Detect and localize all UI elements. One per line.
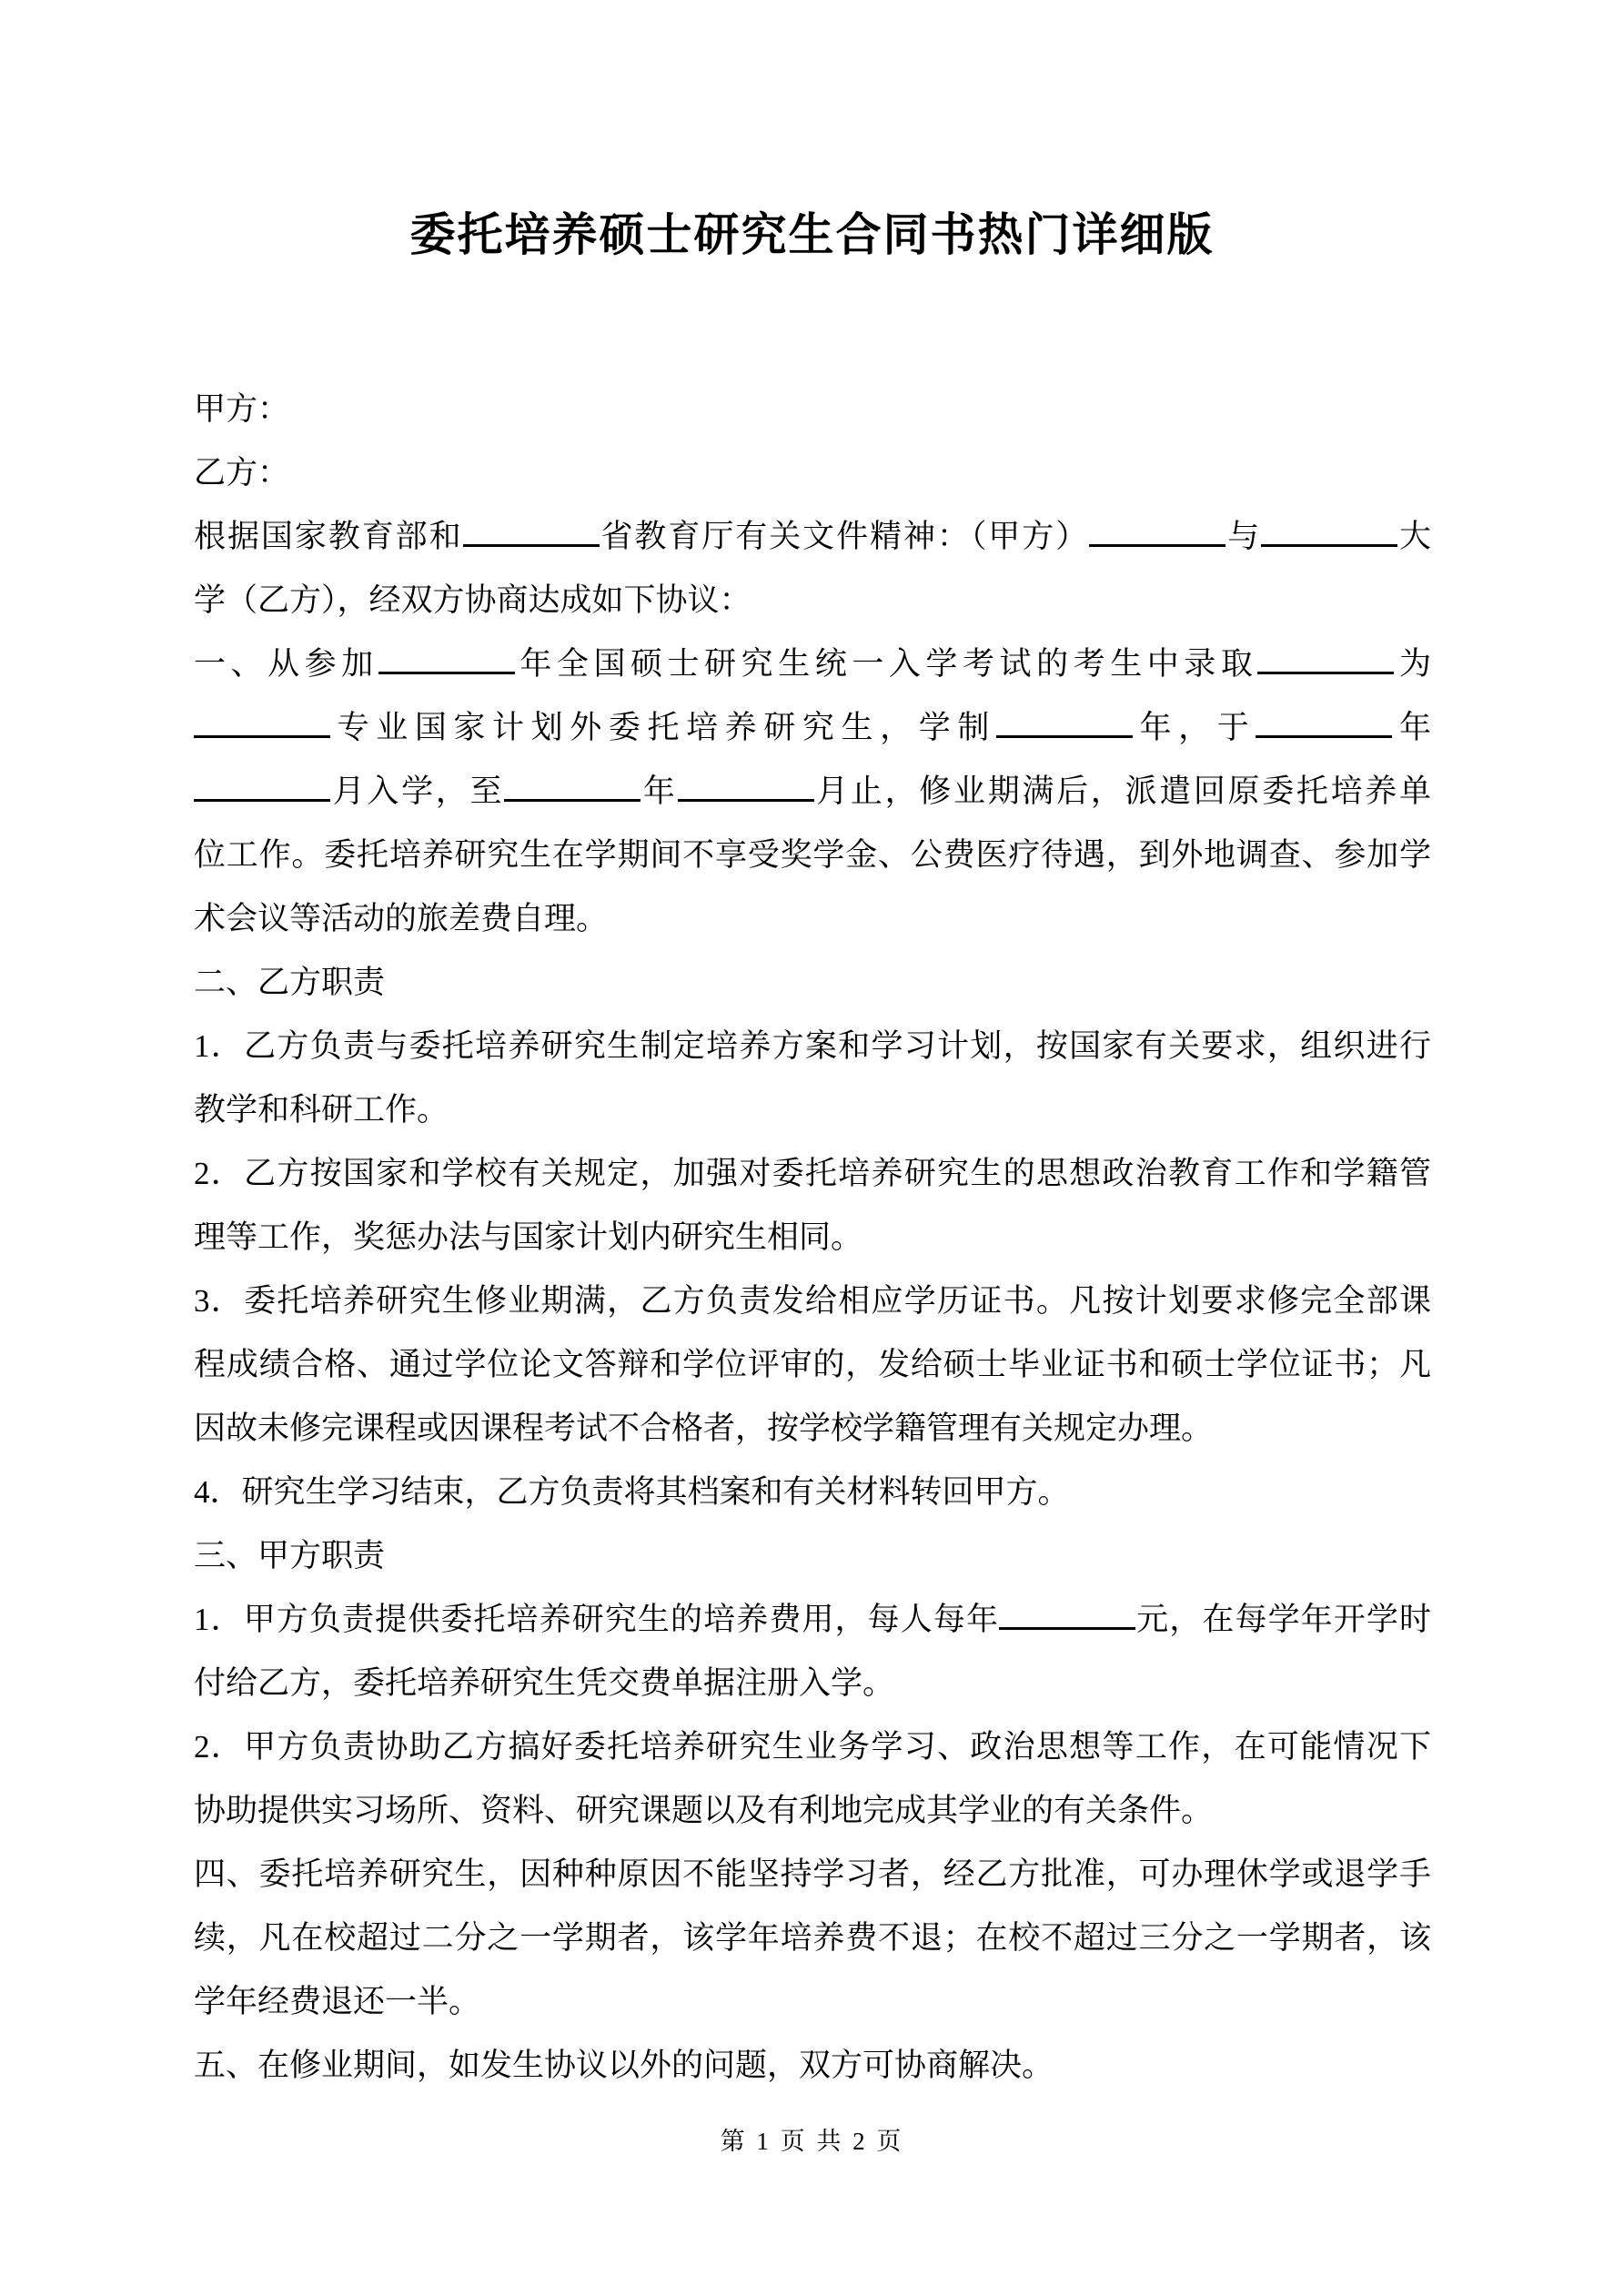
text-line: 五、在修业期间，如发生协议以外的问题，双方可协商解决。 bbox=[194, 2034, 1431, 2098]
text-line: 学（乙方），经双方协商达成如下协议： bbox=[194, 569, 1431, 632]
fill-in-blank-underline bbox=[1256, 728, 1392, 738]
text-segment: 月入学，至 bbox=[330, 774, 504, 809]
text-line: 2．甲方负责协助乙方搞好委托培养研究生业务学习、政治思想等工作，在可能情况下 bbox=[194, 1715, 1431, 1779]
text-line: 根据国家教育部和省教育厅有关文件精神：（甲方）与大 bbox=[194, 505, 1431, 569]
text-line: 2．乙方按国家和学校有关规定，加强对委托培养研究生的思想政治教育工作和学籍管 bbox=[194, 1142, 1431, 1206]
text-segment: 学（乙方），经双方协商达成如下协议： bbox=[194, 582, 751, 618]
document-title: 委托培养硕士研究生合同书热门详细版 bbox=[0, 200, 1624, 269]
text-segment: 续，凡在校超过二分之一学期者，该学年培养费不退；在校不超过三分之一学期者，该 bbox=[194, 1920, 1431, 1956]
text-segment: 位工作。委托培养研究生在学期间不享受奖学金、公费医疗待遇，到外地调查、参加学 bbox=[194, 837, 1431, 873]
fill-in-blank-underline bbox=[1089, 537, 1226, 547]
fill-in-blank-underline bbox=[194, 728, 330, 738]
text-segment: 三、甲方职责 bbox=[194, 1538, 385, 1573]
text-segment: 年 bbox=[1392, 710, 1431, 745]
text-line: 三、甲方职责 bbox=[194, 1524, 1431, 1588]
text-segment: 甲方： bbox=[194, 391, 289, 427]
text-segment: 月止，修业期满后，派遣回原委托培养单 bbox=[814, 774, 1431, 809]
text-line: 术会议等活动的旅差费自理。 bbox=[194, 887, 1431, 951]
text-segment: 1．甲方负责提供委托培养研究生的培养费用，每人每年 bbox=[194, 1602, 999, 1637]
text-line: 位工作。委托培养研究生在学期间不享受奖学金、公费医疗待遇，到外地调查、参加学 bbox=[194, 824, 1431, 887]
text-segment: 一、从参加 bbox=[194, 646, 378, 682]
fill-in-blank-underline bbox=[1261, 537, 1397, 547]
text-line: 付给乙方，委托培养研究生凭交费单据注册入学。 bbox=[194, 1652, 1431, 1715]
text-line: 月入学，至年月止，修业期满后，派遣回原委托培养单 bbox=[194, 760, 1431, 824]
text-segment: 四、委托培养研究生，因种种原因不能坚持学习者，经乙方批准，可办理休学或退学手 bbox=[194, 1856, 1431, 1892]
text-segment: 年 bbox=[641, 774, 677, 809]
fill-in-blank-underline bbox=[678, 792, 814, 802]
text-segment: 省教育厅有关文件精神：（甲方） bbox=[600, 519, 1090, 554]
text-line: 教学和科研工作。 bbox=[194, 1078, 1431, 1142]
text-segment: 教学和科研工作。 bbox=[194, 1092, 449, 1128]
text-segment: 二、乙方职责 bbox=[194, 965, 385, 1000]
text-segment: 1．乙方负责与委托培养研究生制定培养方案和学习计划，按国家有关要求，组织进行 bbox=[194, 1028, 1431, 1064]
text-segment: 4．研究生学习结束，乙方负责将其档案和有关材料转回甲方。 bbox=[194, 1474, 1070, 1510]
text-segment: 五、在修业期间，如发生协议以外的问题，双方可协商解决。 bbox=[194, 2048, 1054, 2083]
text-line: 甲方： bbox=[194, 378, 1431, 441]
text-segment: 元，在每学年开学时 bbox=[1135, 1602, 1431, 1637]
text-segment: 学年经费退还一半。 bbox=[194, 1984, 480, 2019]
text-line: 二、乙方职责 bbox=[194, 951, 1431, 1015]
fill-in-blank-underline bbox=[463, 537, 600, 547]
text-line: 续，凡在校超过二分之一学期者，该学年培养费不退；在校不超过三分之一学期者，该 bbox=[194, 1907, 1431, 1970]
page-number-footer: 第 1 页 共 2 页 bbox=[0, 2124, 1624, 2159]
text-segment: 付给乙方，委托培养研究生凭交费单据注册入学。 bbox=[194, 1665, 894, 1701]
text-line: 一、从参加年全国硕士研究生统一入学考试的考生中录取为 bbox=[194, 632, 1431, 696]
text-line: 四、委托培养研究生，因种种原因不能坚持学习者，经乙方批准，可办理休学或退学手 bbox=[194, 1843, 1431, 1907]
text-segment: 为 bbox=[1394, 646, 1431, 682]
text-segment: 2．乙方按国家和学校有关规定，加强对委托培养研究生的思想政治教育工作和学籍管 bbox=[194, 1156, 1431, 1191]
fill-in-blank-underline bbox=[996, 728, 1133, 738]
text-segment: 协助提供实习场所、资料、研究课题以及有利地完成其学业的有关条件。 bbox=[194, 1793, 1213, 1828]
fill-in-blank-underline bbox=[194, 792, 330, 802]
contract-page: 委托培养硕士研究生合同书热门详细版 甲方：乙方：根据国家教育部和省教育厅有关文件… bbox=[0, 0, 1624, 2296]
text-line: 因故未修完课程或因课程考试不合格者，按学校学籍管理有关规定办理。 bbox=[194, 1397, 1431, 1461]
fill-in-blank-underline bbox=[1257, 664, 1394, 674]
document-body: 甲方：乙方：根据国家教育部和省教育厅有关文件精神：（甲方）与大学（乙方），经双方… bbox=[194, 378, 1431, 2098]
text-segment: 理等工作，奖惩办法与国家计划内研究生相同。 bbox=[194, 1219, 862, 1255]
text-line: 乙方： bbox=[194, 441, 1431, 505]
text-segment: 3．委托培养研究生修业期满，乙方负责发给相应学历证书。凡按计划要求修完全部课 bbox=[194, 1283, 1431, 1319]
text-segment: 年，于 bbox=[1133, 710, 1256, 745]
text-segment: 根据国家教育部和 bbox=[194, 519, 463, 554]
text-line: 1．甲方负责提供委托培养研究生的培养费用，每人每年元，在每学年开学时 bbox=[194, 1588, 1431, 1652]
text-line: 1．乙方负责与委托培养研究生制定培养方案和学习计划，按国家有关要求，组织进行 bbox=[194, 1015, 1431, 1078]
text-segment: 乙方： bbox=[194, 455, 289, 491]
text-segment: 2．甲方负责协助乙方搞好委托培养研究生业务学习、政治思想等工作，在可能情况下 bbox=[194, 1729, 1431, 1765]
text-segment: 年全国硕士研究生统一入学考试的考生中录取 bbox=[515, 646, 1258, 682]
fill-in-blank-underline bbox=[378, 664, 515, 674]
text-segment: 因故未修完课程或因课程考试不合格者，按学校学籍管理有关规定办理。 bbox=[194, 1411, 1213, 1446]
fill-in-blank-underline bbox=[504, 792, 641, 802]
text-segment: 专业国家计划外委托培养研究生，学制 bbox=[330, 710, 996, 745]
text-segment: 与 bbox=[1226, 519, 1261, 554]
text-line: 理等工作，奖惩办法与国家计划内研究生相同。 bbox=[194, 1206, 1431, 1269]
text-segment: 大 bbox=[1397, 519, 1431, 554]
text-line: 3．委托培养研究生修业期满，乙方负责发给相应学历证书。凡按计划要求修完全部课 bbox=[194, 1269, 1431, 1333]
text-segment: 程成绩合格、通过学位论文答辩和学位评审的，发给硕士毕业证书和硕士学位证书；凡 bbox=[194, 1347, 1431, 1382]
text-line: 协助提供实习场所、资料、研究课题以及有利地完成其学业的有关条件。 bbox=[194, 1779, 1431, 1843]
text-segment: 术会议等活动的旅差费自理。 bbox=[194, 901, 608, 936]
fill-in-blank-underline bbox=[999, 1620, 1135, 1630]
text-line: 专业国家计划外委托培养研究生，学制年，于年 bbox=[194, 696, 1431, 760]
text-line: 学年经费退还一半。 bbox=[194, 1970, 1431, 2034]
text-line: 4．研究生学习结束，乙方负责将其档案和有关材料转回甲方。 bbox=[194, 1461, 1431, 1524]
text-line: 程成绩合格、通过学位论文答辩和学位评审的，发给硕士毕业证书和硕士学位证书；凡 bbox=[194, 1333, 1431, 1397]
